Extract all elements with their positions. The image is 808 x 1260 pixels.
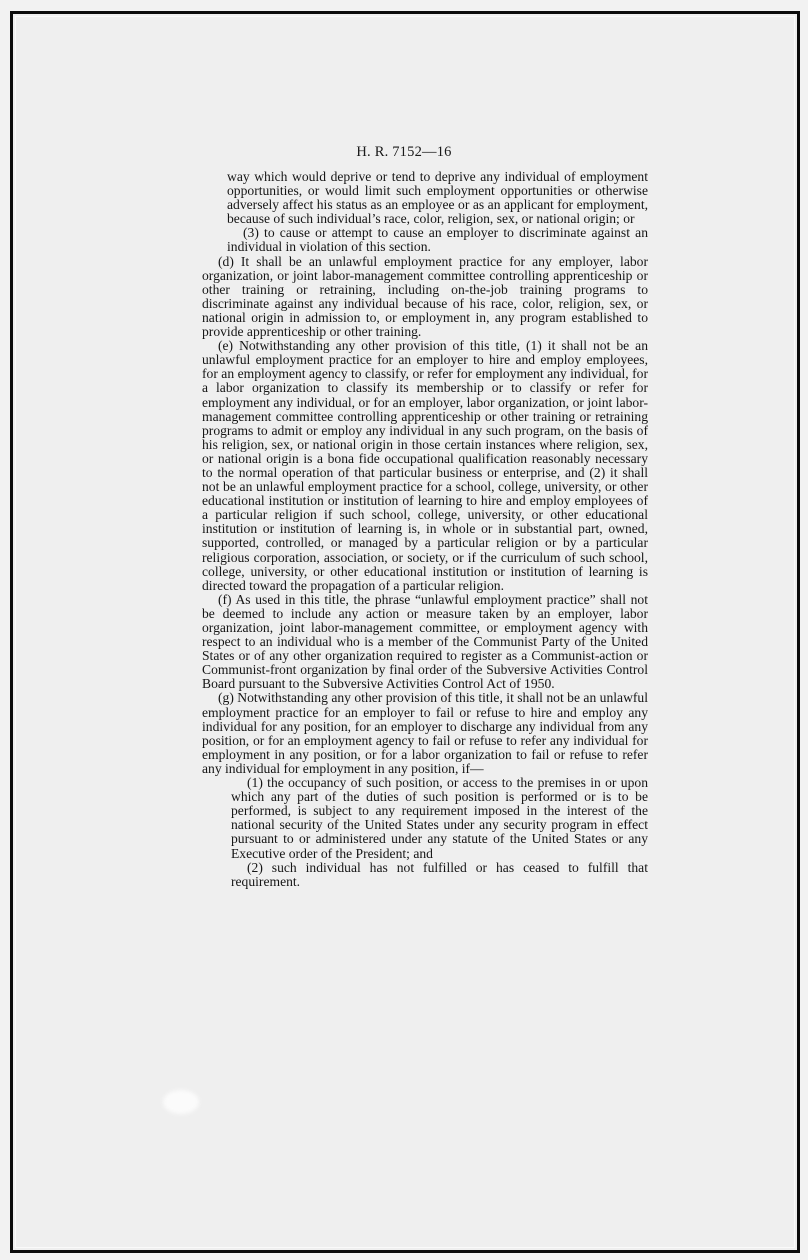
paper-smudge (163, 1090, 199, 1114)
page-header: H. R. 7152—16 (0, 144, 808, 161)
section-d: (d) It shall be an unlawful employment p… (202, 255, 648, 340)
section-g: (g) Notwithstanding any other provision … (202, 691, 648, 776)
document-body: way which would deprive or tend to depri… (202, 170, 648, 889)
section-e: (e) Notwithstanding any other provision … (202, 339, 648, 593)
section-f: (f) As used in this title, the phrase “u… (202, 593, 648, 692)
item-3: (3) to cause or attempt to cause an empl… (202, 226, 648, 254)
section-g-item-2: (2) such individual has not fulfilled or… (231, 861, 648, 889)
section-g-subitems: (1) the occupancy of such position, or a… (202, 776, 648, 889)
continuation-text: way which would deprive or tend to depri… (202, 170, 648, 226)
section-g-item-1: (1) the occupancy of such position, or a… (231, 776, 648, 861)
